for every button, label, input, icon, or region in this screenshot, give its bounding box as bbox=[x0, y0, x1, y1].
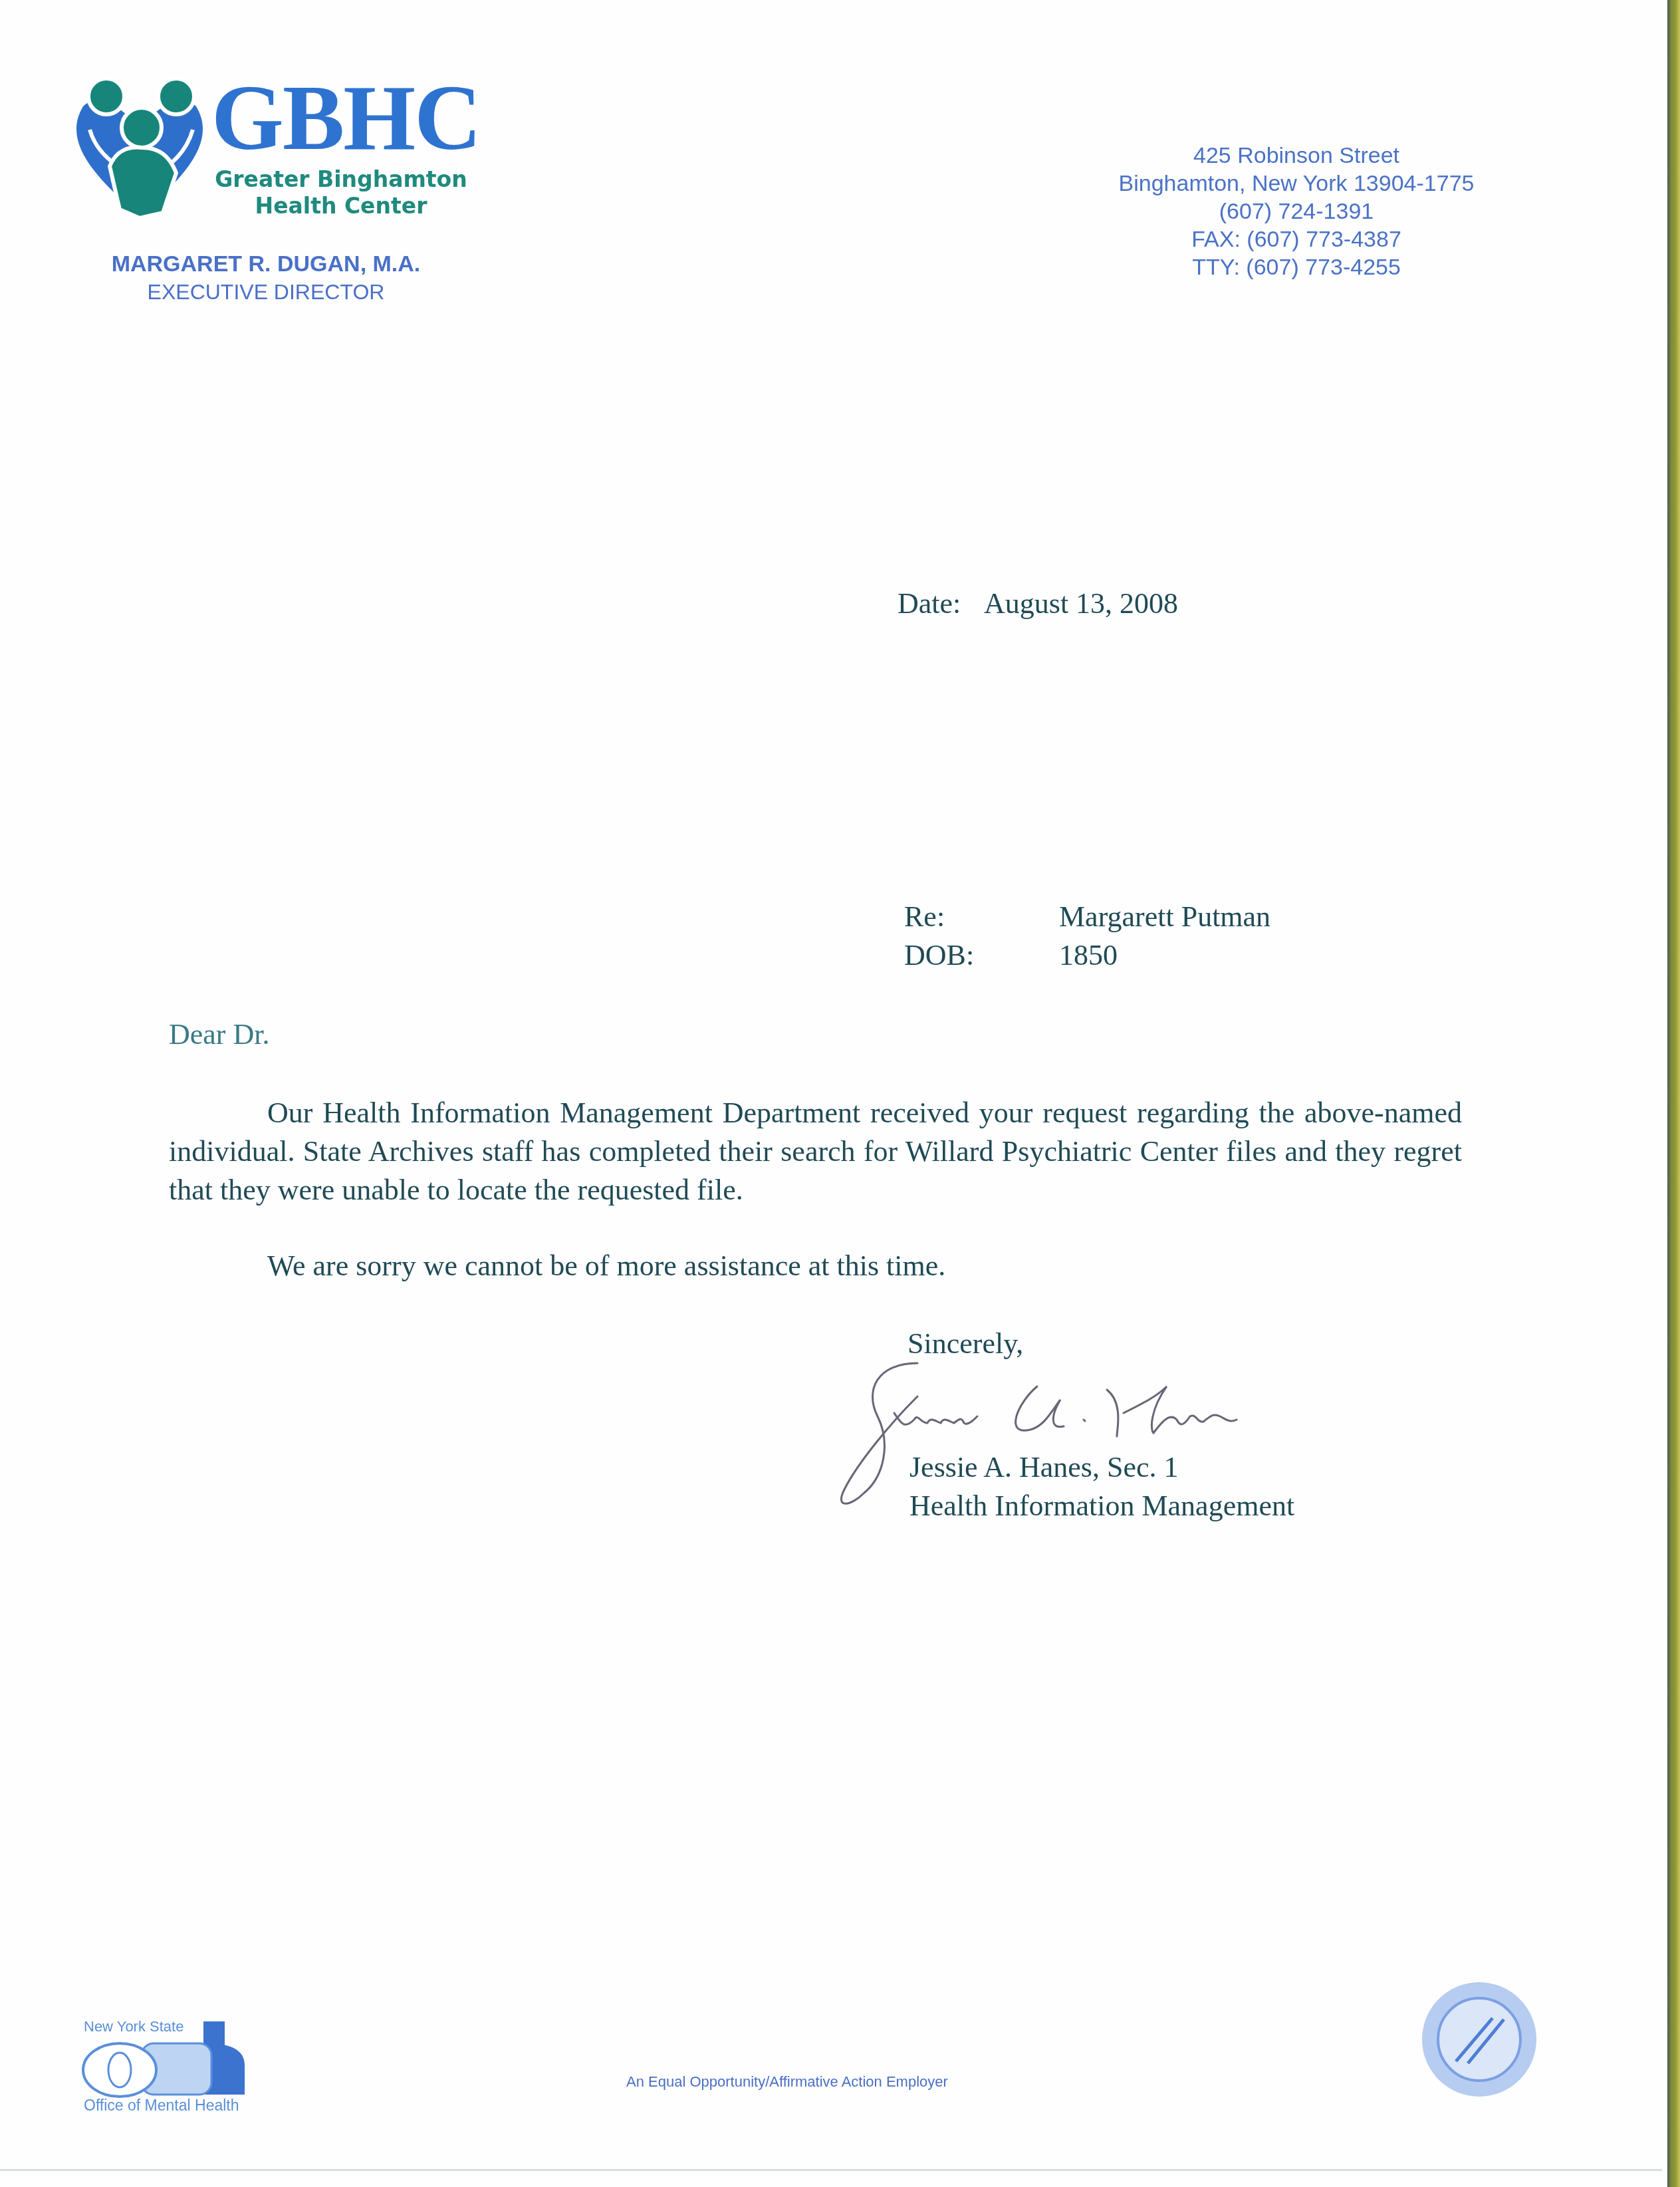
org-logo-text: GBHC bbox=[211, 72, 480, 165]
reference-block: Re: Margarett Putman DOB: 1850 bbox=[904, 898, 1270, 975]
page-edge-line bbox=[0, 2169, 1662, 2171]
org-name: Greater Binghamton Health Center bbox=[211, 166, 471, 219]
body-paragraph-2: We are sorry we cannot be of more assist… bbox=[267, 1249, 945, 1283]
address-street: 425 Robinson Street bbox=[1077, 142, 1516, 170]
re-row: Re: Margarett Putman bbox=[904, 898, 1270, 936]
re-label: Re: bbox=[904, 898, 1059, 936]
director-name: MARGARET R. DUGAN, M.A. bbox=[80, 249, 452, 279]
signer-name: Jessie A. Hanes, Sec. 1 bbox=[909, 1448, 1294, 1487]
omh-logo-top-text: New York State bbox=[84, 2018, 183, 2035]
org-name-line1: Greater Binghamton bbox=[211, 166, 471, 193]
dob-label: DOB: bbox=[904, 936, 1059, 975]
joint-commission-seal-icon bbox=[1416, 1978, 1542, 2098]
eeo-statement: An Equal Opportunity/Affirmative Action … bbox=[626, 2073, 948, 2091]
body-paragraph-1: Our Health Information Management Depart… bbox=[169, 1094, 1462, 1210]
omh-logo-bottom-text: Office of Mental Health bbox=[84, 2097, 239, 2115]
signer-department: Health Information Management bbox=[909, 1487, 1294, 1525]
address-tty: TTY: (607) 773-4255 bbox=[1077, 253, 1516, 281]
letter-page: GBHC Greater Binghamton Health Center MA… bbox=[0, 0, 1665, 2171]
address-fax: FAX: (607) 773-4387 bbox=[1077, 225, 1516, 253]
director-block: MARGARET R. DUGAN, M.A. EXECUTIVE DIRECT… bbox=[80, 249, 452, 305]
salutation: Dear Dr. bbox=[169, 1017, 270, 1051]
signer-block: Jessie A. Hanes, Sec. 1 Health Informati… bbox=[909, 1448, 1294, 1525]
dob-row: DOB: 1850 bbox=[904, 936, 1270, 975]
date-value: August 13, 2008 bbox=[984, 587, 1178, 620]
omh-logo: New York State Office of Mental Health bbox=[78, 2018, 251, 2118]
re-value: Margarett Putman bbox=[1059, 898, 1270, 936]
address-block: 425 Robinson Street Binghamton, New York… bbox=[1077, 142, 1516, 281]
letter-date: Date:August 13, 2008 bbox=[898, 586, 1178, 620]
scan-edge-bar bbox=[1667, 0, 1680, 2187]
date-label: Date: bbox=[898, 586, 984, 620]
address-phone: (607) 724-1391 bbox=[1077, 197, 1516, 225]
address-city: Binghamton, New York 13904-1775 bbox=[1077, 170, 1516, 197]
people-heart-icon bbox=[70, 66, 209, 219]
dob-value: 1850 bbox=[1059, 936, 1118, 975]
director-title: EXECUTIVE DIRECTOR bbox=[80, 279, 452, 305]
org-name-line2: Health Center bbox=[211, 193, 471, 219]
